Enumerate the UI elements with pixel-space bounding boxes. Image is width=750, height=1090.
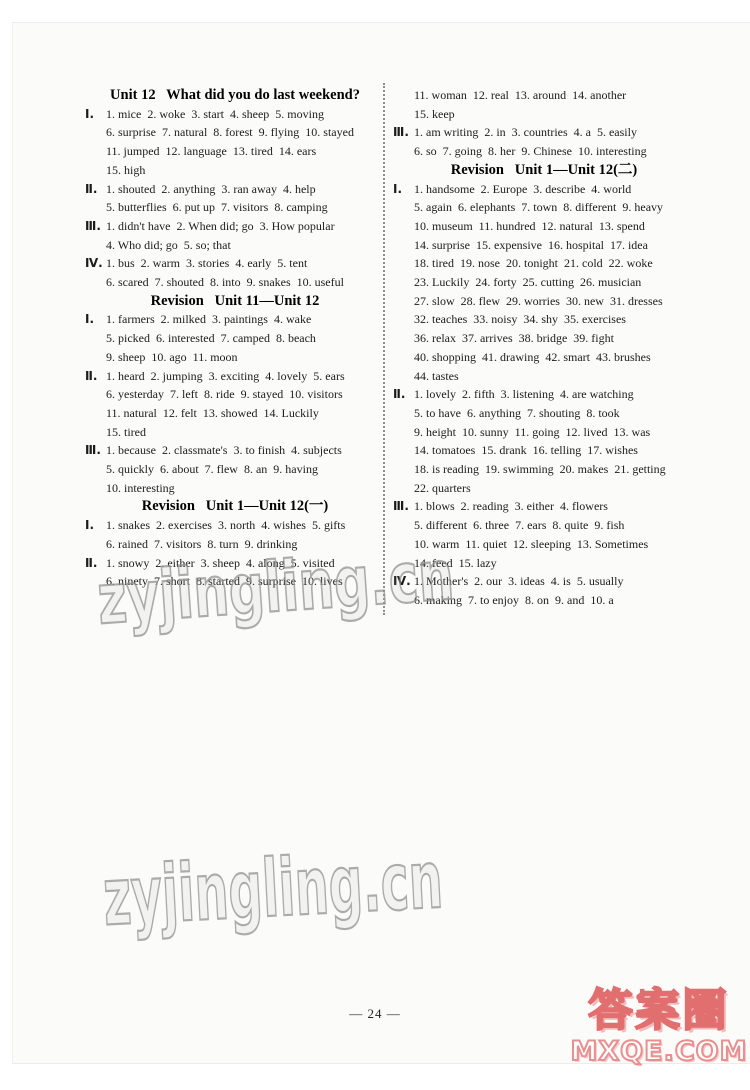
answer-line: 22. quarters xyxy=(414,479,695,498)
answer-line: 15. tired xyxy=(106,423,385,442)
answer-line: 32. teaches 33. noisy 34. shy 35. exerci… xyxy=(414,310,695,329)
answer-lines: 11. woman 12. real 13. around 14. anothe… xyxy=(414,86,695,123)
answer-lines: 1. shouted 2. anything 3. ran away 4. he… xyxy=(106,180,385,217)
answer-section: Ⅰ.1. farmers 2. milked 3. paintings 4. w… xyxy=(85,310,385,366)
answer-line: 11. natural 12. felt 13. showed 14. Luck… xyxy=(106,404,385,423)
section-roman-numeral: Ⅰ. xyxy=(393,180,414,386)
answer-line: 6. surprise 7. natural 8. forest 9. flyi… xyxy=(106,123,385,142)
section-roman-numeral: Ⅰ. xyxy=(85,516,106,553)
answer-line: 4. Who did; go 5. so; that xyxy=(106,236,385,255)
section-roman-numeral: Ⅱ. xyxy=(393,385,414,497)
answer-line: 9. height 10. sunny 11. going 12. lived … xyxy=(414,423,695,442)
answer-line: 1. lovely 2. fifth 3. listening 4. are w… xyxy=(414,385,695,404)
answer-lines: 1. lovely 2. fifth 3. listening 4. are w… xyxy=(414,385,695,497)
answer-section: Ⅰ.1. mice 2. woke 3. start 4. sheep 5. m… xyxy=(85,105,385,180)
answer-lines: 1. farmers 2. milked 3. paintings 4. wak… xyxy=(106,310,385,366)
answer-lines: 1. heard 2. jumping 3. exciting 4. lovel… xyxy=(106,367,385,442)
answer-line: 5. to have 6. anything 7. shouting 8. to… xyxy=(414,404,695,423)
answer-line: 9. sheep 10. ago 11. moon xyxy=(106,348,385,367)
section-roman-numeral: Ⅲ. xyxy=(85,441,106,497)
answer-line: 1. blows 2. reading 3. either 4. flowers xyxy=(414,497,695,516)
answer-line: 10. interesting xyxy=(106,479,385,498)
answer-line: 5. picked 6. interested 7. camped 8. bea… xyxy=(106,329,385,348)
answer-line: 6. rained 7. visitors 8. turn 9. drinkin… xyxy=(106,535,385,554)
answer-section: Ⅲ.1. because 2. classmate's 3. to finish… xyxy=(85,441,385,497)
answer-line: 5. different 6. three 7. ears 8. quite 9… xyxy=(414,516,695,535)
answer-line: 23. Luckily 24. forty 25. cutting 26. mu… xyxy=(414,273,695,292)
answer-line: 1. mice 2. woke 3. start 4. sheep 5. mov… xyxy=(106,105,385,124)
section-roman-numeral: Ⅳ. xyxy=(85,254,106,291)
answer-line: 5. again 6. elephants 7. town 8. differe… xyxy=(414,198,695,217)
answer-section: Ⅰ.1. handsome 2. Europe 3. describe 4. w… xyxy=(393,180,695,386)
answer-section: Ⅱ.1. lovely 2. fifth 3. listening 4. are… xyxy=(393,385,695,497)
answer-line: 5. quickly 6. about 7. flew 8. an 9. hav… xyxy=(106,460,385,479)
answer-line: 15. keep xyxy=(414,105,695,124)
section-roman-numeral: Ⅱ. xyxy=(85,180,106,217)
answers-column-right: 11. woman 12. real 13. around 14. anothe… xyxy=(393,86,695,610)
answer-section: Ⅲ.1. didn't have 2. When did; go 3. How … xyxy=(85,217,385,254)
watermark-zyjingling-lower: zyjingling.cn xyxy=(101,833,445,943)
answer-line: 1. Mother's 2. our 3. ideas 4. is 5. usu… xyxy=(414,572,695,591)
section-roman-numeral: Ⅳ. xyxy=(393,572,414,609)
answer-line: 14. tomatoes 15. drank 16. telling 17. w… xyxy=(414,441,695,460)
answer-section: Ⅱ.1. shouted 2. anything 3. ran away 4. … xyxy=(85,180,385,217)
answer-lines: 1. mice 2. woke 3. start 4. sheep 5. mov… xyxy=(106,105,385,180)
answer-circle-logo-chinese-text: 答案圈 xyxy=(568,986,750,1037)
scanned-answer-page: Unit 12 What did you do last weekend?Ⅰ.1… xyxy=(12,22,750,1064)
answer-lines: 1. snakes 2. exercises 3. north 4. wishe… xyxy=(106,516,385,553)
answer-circle-logo-domain-text: MXQE.COM xyxy=(568,1037,750,1067)
section-roman-numeral: Ⅲ. xyxy=(393,123,414,160)
answer-line: 6. yesterday 7. left 8. ride 9. stayed 1… xyxy=(106,385,385,404)
answer-line: 14. feed 15. lazy xyxy=(414,554,695,573)
answer-section: Ⅳ.1. bus 2. warm 3. stories 4. early 5. … xyxy=(85,254,385,291)
answer-lines: 1. snowy 2. either 3. sheep 4. along 5. … xyxy=(106,554,385,591)
section-roman-numeral: Ⅱ. xyxy=(85,367,106,442)
section-roman-numeral: Ⅱ. xyxy=(85,554,106,591)
answer-line: 15. high xyxy=(106,161,385,180)
answers-column-left: Unit 12 What did you do last weekend?Ⅰ.1… xyxy=(85,86,385,591)
answer-line: 6. so 7. going 8. her 9. Chinese 10. int… xyxy=(414,142,695,161)
answer-line: 6. scared 7. shouted 8. into 9. snakes 1… xyxy=(106,273,385,292)
answer-line: 18. is reading 19. swimming 20. makes 21… xyxy=(414,460,695,479)
answer-line: 1. handsome 2. Europe 3. describe 4. wor… xyxy=(414,180,695,199)
section-heading: Revision Unit 1—Unit 12(一) xyxy=(85,497,385,516)
answer-line: 40. shopping 41. drawing 42. smart 43. b… xyxy=(414,348,695,367)
section-roman-numeral xyxy=(393,86,414,123)
answer-lines: 1. didn't have 2. When did; go 3. How po… xyxy=(106,217,385,254)
answer-circle-logo: 答案圈 MXQE.COM xyxy=(568,986,750,1066)
answer-section: Ⅲ.1. blows 2. reading 3. either 4. flowe… xyxy=(393,497,695,572)
answer-lines: 1. Mother's 2. our 3. ideas 4. is 5. usu… xyxy=(414,572,695,609)
section-heading: Unit 12 What did you do last weekend? xyxy=(85,86,385,105)
answer-line: 1. farmers 2. milked 3. paintings 4. wak… xyxy=(106,310,385,329)
answer-line: 6. ninety 7. short 8. started 9. surpris… xyxy=(106,572,385,591)
answer-lines: 1. because 2. classmate's 3. to finish 4… xyxy=(106,441,385,497)
answer-line: 1. bus 2. warm 3. stories 4. early 5. te… xyxy=(106,254,385,273)
answer-line: 36. relax 37. arrives 38. bridge 39. fig… xyxy=(414,329,695,348)
section-heading: Revision Unit 11—Unit 12 xyxy=(85,292,385,311)
section-heading: Revision Unit 1—Unit 12(二) xyxy=(393,161,695,180)
answer-line: 1. heard 2. jumping 3. exciting 4. lovel… xyxy=(106,367,385,386)
answer-line: 1. snowy 2. either 3. sheep 4. along 5. … xyxy=(106,554,385,573)
answer-lines: 1. handsome 2. Europe 3. describe 4. wor… xyxy=(414,180,695,386)
answer-section: Ⅰ.1. snakes 2. exercises 3. north 4. wis… xyxy=(85,516,385,553)
answer-line: 10. warm 11. quiet 12. sleeping 13. Some… xyxy=(414,535,695,554)
answer-line: 6. making 7. to enjoy 8. on 9. and 10. a xyxy=(414,591,695,610)
answer-line: 1. didn't have 2. When did; go 3. How po… xyxy=(106,217,385,236)
answer-line: 1. shouted 2. anything 3. ran away 4. he… xyxy=(106,180,385,199)
answer-section: Ⅱ.1. heard 2. jumping 3. exciting 4. lov… xyxy=(85,367,385,442)
answer-line: 11. jumped 12. language 13. tired 14. ea… xyxy=(106,142,385,161)
answer-section: 11. woman 12. real 13. around 14. anothe… xyxy=(393,86,695,123)
section-roman-numeral: Ⅲ. xyxy=(85,217,106,254)
answer-line: 27. slow 28. flew 29. worries 30. new 31… xyxy=(414,292,695,311)
answer-lines: 1. bus 2. warm 3. stories 4. early 5. te… xyxy=(106,254,385,291)
answer-line: 10. museum 11. hundred 12. natural 13. s… xyxy=(414,217,695,236)
answer-line: 11. woman 12. real 13. around 14. anothe… xyxy=(414,86,695,105)
section-roman-numeral: Ⅲ. xyxy=(393,497,414,572)
answer-line: 1. am writing 2. in 3. countries 4. a 5.… xyxy=(414,123,695,142)
answer-line: 1. snakes 2. exercises 3. north 4. wishe… xyxy=(106,516,385,535)
answer-lines: 1. am writing 2. in 3. countries 4. a 5.… xyxy=(414,123,695,160)
answer-section: Ⅳ.1. Mother's 2. our 3. ideas 4. is 5. u… xyxy=(393,572,695,609)
answer-line: 5. butterflies 6. put up 7. visitors 8. … xyxy=(106,198,385,217)
answer-line: 18. tired 19. nose 20. tonight 21. cold … xyxy=(414,254,695,273)
answer-line: 14. surprise 15. expensive 16. hospital … xyxy=(414,236,695,255)
answer-lines: 1. blows 2. reading 3. either 4. flowers… xyxy=(414,497,695,572)
answer-line: 1. because 2. classmate's 3. to finish 4… xyxy=(106,441,385,460)
answer-section: Ⅲ.1. am writing 2. in 3. countries 4. a … xyxy=(393,123,695,160)
answer-line: 44. tastes xyxy=(414,367,695,386)
section-roman-numeral: Ⅰ. xyxy=(85,105,106,180)
answer-section: Ⅱ.1. snowy 2. either 3. sheep 4. along 5… xyxy=(85,554,385,591)
section-roman-numeral: Ⅰ. xyxy=(85,310,106,366)
